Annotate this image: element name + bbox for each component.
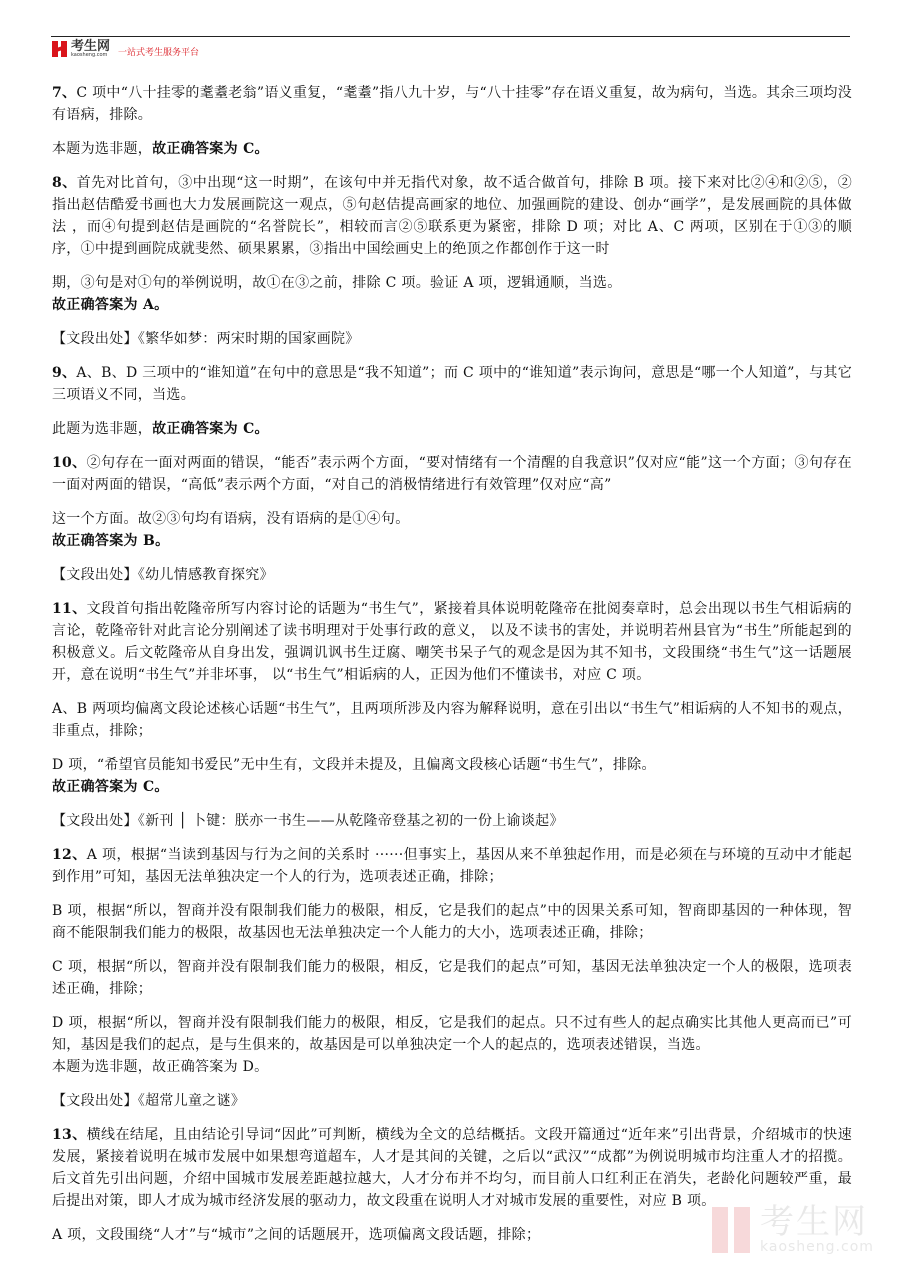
- q10-explanation: 10、②句存在一面对两面的错误，“能否”表示两个方面，“要对情绪有一个清醒的自我…: [52, 452, 852, 496]
- q12-option-b: B 项，根据“所以，智商并没有限制我们能力的极限，相反，它是我们的起点”中的因果…: [52, 900, 852, 944]
- q8-number: 8、: [52, 175, 77, 191]
- q13-number: 13、: [52, 1127, 87, 1143]
- watermark-name: 考生网: [760, 1205, 874, 1239]
- q12-option-c: C 项，根据“所以，智商并没有限制我们能力的极限，相反，它是我们的起点”可知，基…: [52, 956, 852, 1000]
- q9-answer: 此题为选非题，故正确答案为 C。: [52, 418, 852, 440]
- q9-explanation: 9、A、B、D 三项中的“谁知道”在句中的意思是“我不知道”；而 C 项中的“谁…: [52, 362, 852, 406]
- q13-explanation: 13、横线在结尾，且由结论引导词“因此”可判断，横线为全文的总结概括。文段开篇通…: [52, 1124, 852, 1212]
- q11-source: 【文段出处】《新刊 │ 卜键：朕亦一书生——从乾隆帝登基之初的一份上谕谈起》: [52, 810, 852, 832]
- site-logo[interactable]: 考生网 kaosheng.com 一站式考生服务平台: [52, 40, 199, 58]
- q10-source: 【文段出处】《幼儿情感教育探究》: [52, 564, 852, 586]
- q10-explanation-cont: 这一个方面。故②③句均有语病，没有语病的是①④句。: [52, 508, 852, 530]
- q8-explanation-cont: 期，③句是对①句的举例说明，故①在③之前，排除 C 项。验证 A 项，逻辑通顺，…: [52, 272, 852, 294]
- header-rule: [51, 36, 850, 37]
- q11-option-ab: A、B 两项均偏离文段论述核心话题“书生气”，且两项所涉及内容为解释说明，意在引…: [52, 698, 852, 742]
- document-body: 7、C 项中“八十挂零的耄耋老翁”语义重复，“耄耋”指八九十岁，与“八十挂零”存…: [52, 82, 852, 1246]
- kaosheng-logo-icon: [52, 41, 67, 57]
- q8-answer: 故正确答案为 A。: [52, 294, 852, 316]
- q12-source: 【文段出处】《超常儿童之谜》: [52, 1090, 852, 1112]
- q11-option-d: D 项，“希望官员能知书爱民”无中生有，文段并未提及，且偏离文段核心话题“书生气…: [52, 754, 852, 776]
- q8-explanation: 8、首先对比首句，③中出现“这一时期”，在该句中并无指代对象，故不适合做首句，排…: [52, 172, 852, 260]
- watermark-logo-icon: [712, 1207, 750, 1253]
- q7-number: 7、: [52, 85, 76, 101]
- watermark-logo: 考生网 kaosheng.com: [712, 1205, 874, 1255]
- q11-number: 11、: [52, 601, 87, 617]
- q11-answer: 故正确答案为 C。: [52, 776, 852, 798]
- q7-explanation: 7、C 项中“八十挂零的耄耋老翁”语义重复，“耄耋”指八九十岁，与“八十挂零”存…: [52, 82, 852, 126]
- q12-option-a: 12、A 项，根据“当读到基因与行为之间的关系时 ······但事实上，基因从来…: [52, 844, 852, 888]
- q12-option-d: D 项，根据“所以，智商并没有限制我们能力的极限，相反，它是我们的起点。只不过有…: [52, 1012, 852, 1056]
- q11-explanation: 11、文段首句指出乾隆帝所写内容讨论的话题为“书生气”，紧接着具体说明乾隆帝在批…: [52, 598, 852, 686]
- logo-domain: kaosheng.com: [71, 53, 110, 58]
- q7-answer: 本题为选非题，故正确答案为 C。: [52, 138, 852, 160]
- logo-slogan: 一站式考生服务平台: [118, 45, 199, 58]
- q8-source: 【文段出处】《繁华如梦：两宋时期的国家画院》: [52, 328, 852, 350]
- watermark-domain: kaosheng.com: [760, 1239, 874, 1255]
- q10-number: 10、: [52, 455, 87, 471]
- q12-answer: 本题为选非题，故正确答案为 D。: [52, 1056, 852, 1078]
- q10-answer: 故正确答案为 B。: [52, 530, 852, 552]
- q9-number: 9、: [52, 365, 76, 381]
- q12-number: 12、: [52, 847, 87, 863]
